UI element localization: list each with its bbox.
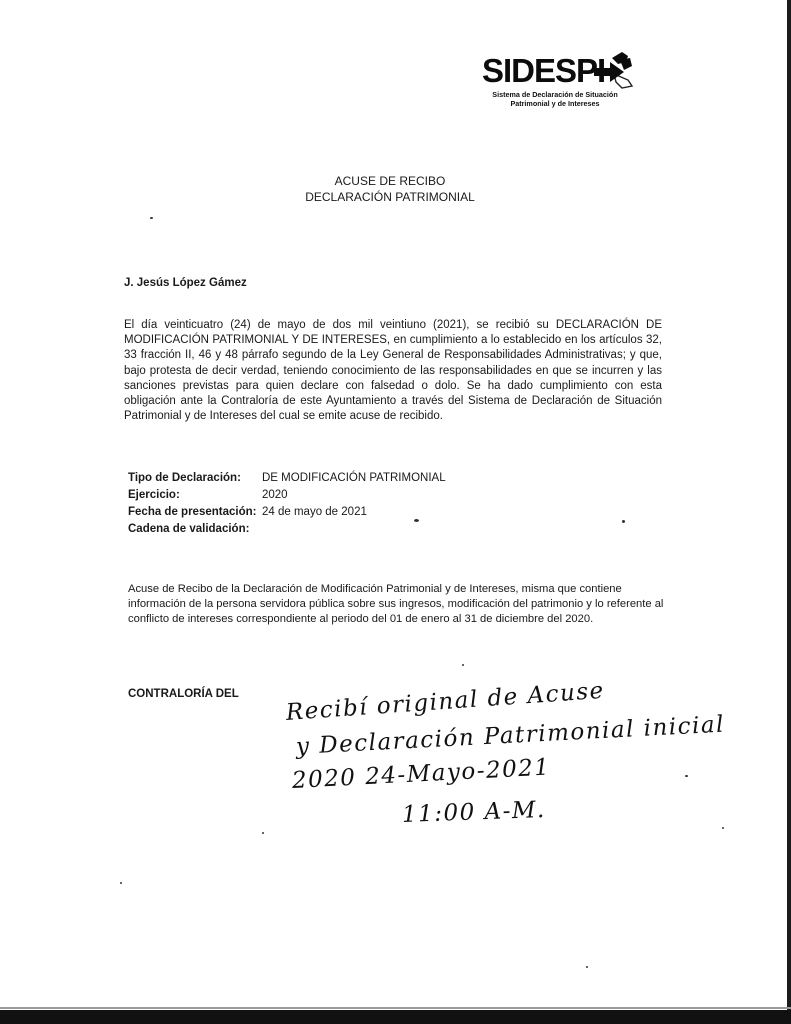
title-line-2: DECLARACIÓN PATRIMONIAL xyxy=(270,189,510,205)
summary-paragraph: Acuse de Recibo de la Declaración de Mod… xyxy=(128,582,668,628)
handwritten-line: 11:00 A-M. xyxy=(402,799,547,827)
scan-border-line xyxy=(0,1007,791,1009)
document-title: ACUSE DE RECIBO DECLARACIÓN PATRIMONIAL xyxy=(270,173,510,205)
logo-wordmark: SIDESPI xyxy=(482,54,605,87)
scan-speck xyxy=(722,827,724,829)
handwritten-line: 2020 24-Mayo-2021 xyxy=(291,756,551,793)
field-label: Ejercicio: xyxy=(128,487,262,504)
handwritten-line: Recibí original de Acuse xyxy=(285,680,605,725)
signature-label: CONTRALORÍA DEL xyxy=(128,688,239,700)
field-row-fecha: Fecha de presentación: 24 de mayo de 202… xyxy=(128,504,446,521)
field-row-cadena: Cadena de validación: xyxy=(128,521,446,538)
recipient-name: J. Jesús López Gámez xyxy=(124,277,247,289)
scan-speck xyxy=(586,966,588,968)
scan-speck xyxy=(414,519,419,522)
scan-speck xyxy=(685,775,688,777)
arrow-map-icon xyxy=(592,52,636,90)
title-line-1: ACUSE DE RECIBO xyxy=(270,173,510,189)
field-label: Tipo de Declaración: xyxy=(128,470,262,487)
body-paragraph: El día veinticuatro (24) de mayo de dos … xyxy=(124,318,662,424)
logo-subtitle: Sistema de Declaración de Situación Patr… xyxy=(480,90,630,108)
field-value: 2020 xyxy=(262,487,288,504)
scan-speck xyxy=(622,520,625,523)
sidespi-logo: SIDESPI Sistema de Declaración de Situac… xyxy=(480,50,650,112)
field-label: Fecha de presentación: xyxy=(128,504,262,521)
scan-speck xyxy=(120,882,122,884)
scan-border-right xyxy=(787,0,791,1010)
scan-speck xyxy=(462,664,464,666)
scanned-document-page: SIDESPI Sistema de Declaración de Situac… xyxy=(0,0,791,1024)
field-value: 24 de mayo de 2021 xyxy=(262,504,367,521)
field-label: Cadena de validación: xyxy=(128,521,262,538)
scan-speck xyxy=(150,217,153,219)
declaration-fields: Tipo de Declaración: DE MODIFICACIÓN PAT… xyxy=(128,470,446,538)
field-value: DE MODIFICACIÓN PATRIMONIAL xyxy=(262,470,446,487)
logo-subtitle-line2: Patrimonial y de Intereses xyxy=(480,99,630,108)
scan-border-bottom xyxy=(0,1010,791,1024)
logo-subtitle-line1: Sistema de Declaración de Situación xyxy=(480,90,630,99)
field-row-ejercicio: Ejercicio: 2020 xyxy=(128,487,446,504)
field-row-tipo: Tipo de Declaración: DE MODIFICACIÓN PAT… xyxy=(128,470,446,487)
scan-speck xyxy=(262,832,264,834)
